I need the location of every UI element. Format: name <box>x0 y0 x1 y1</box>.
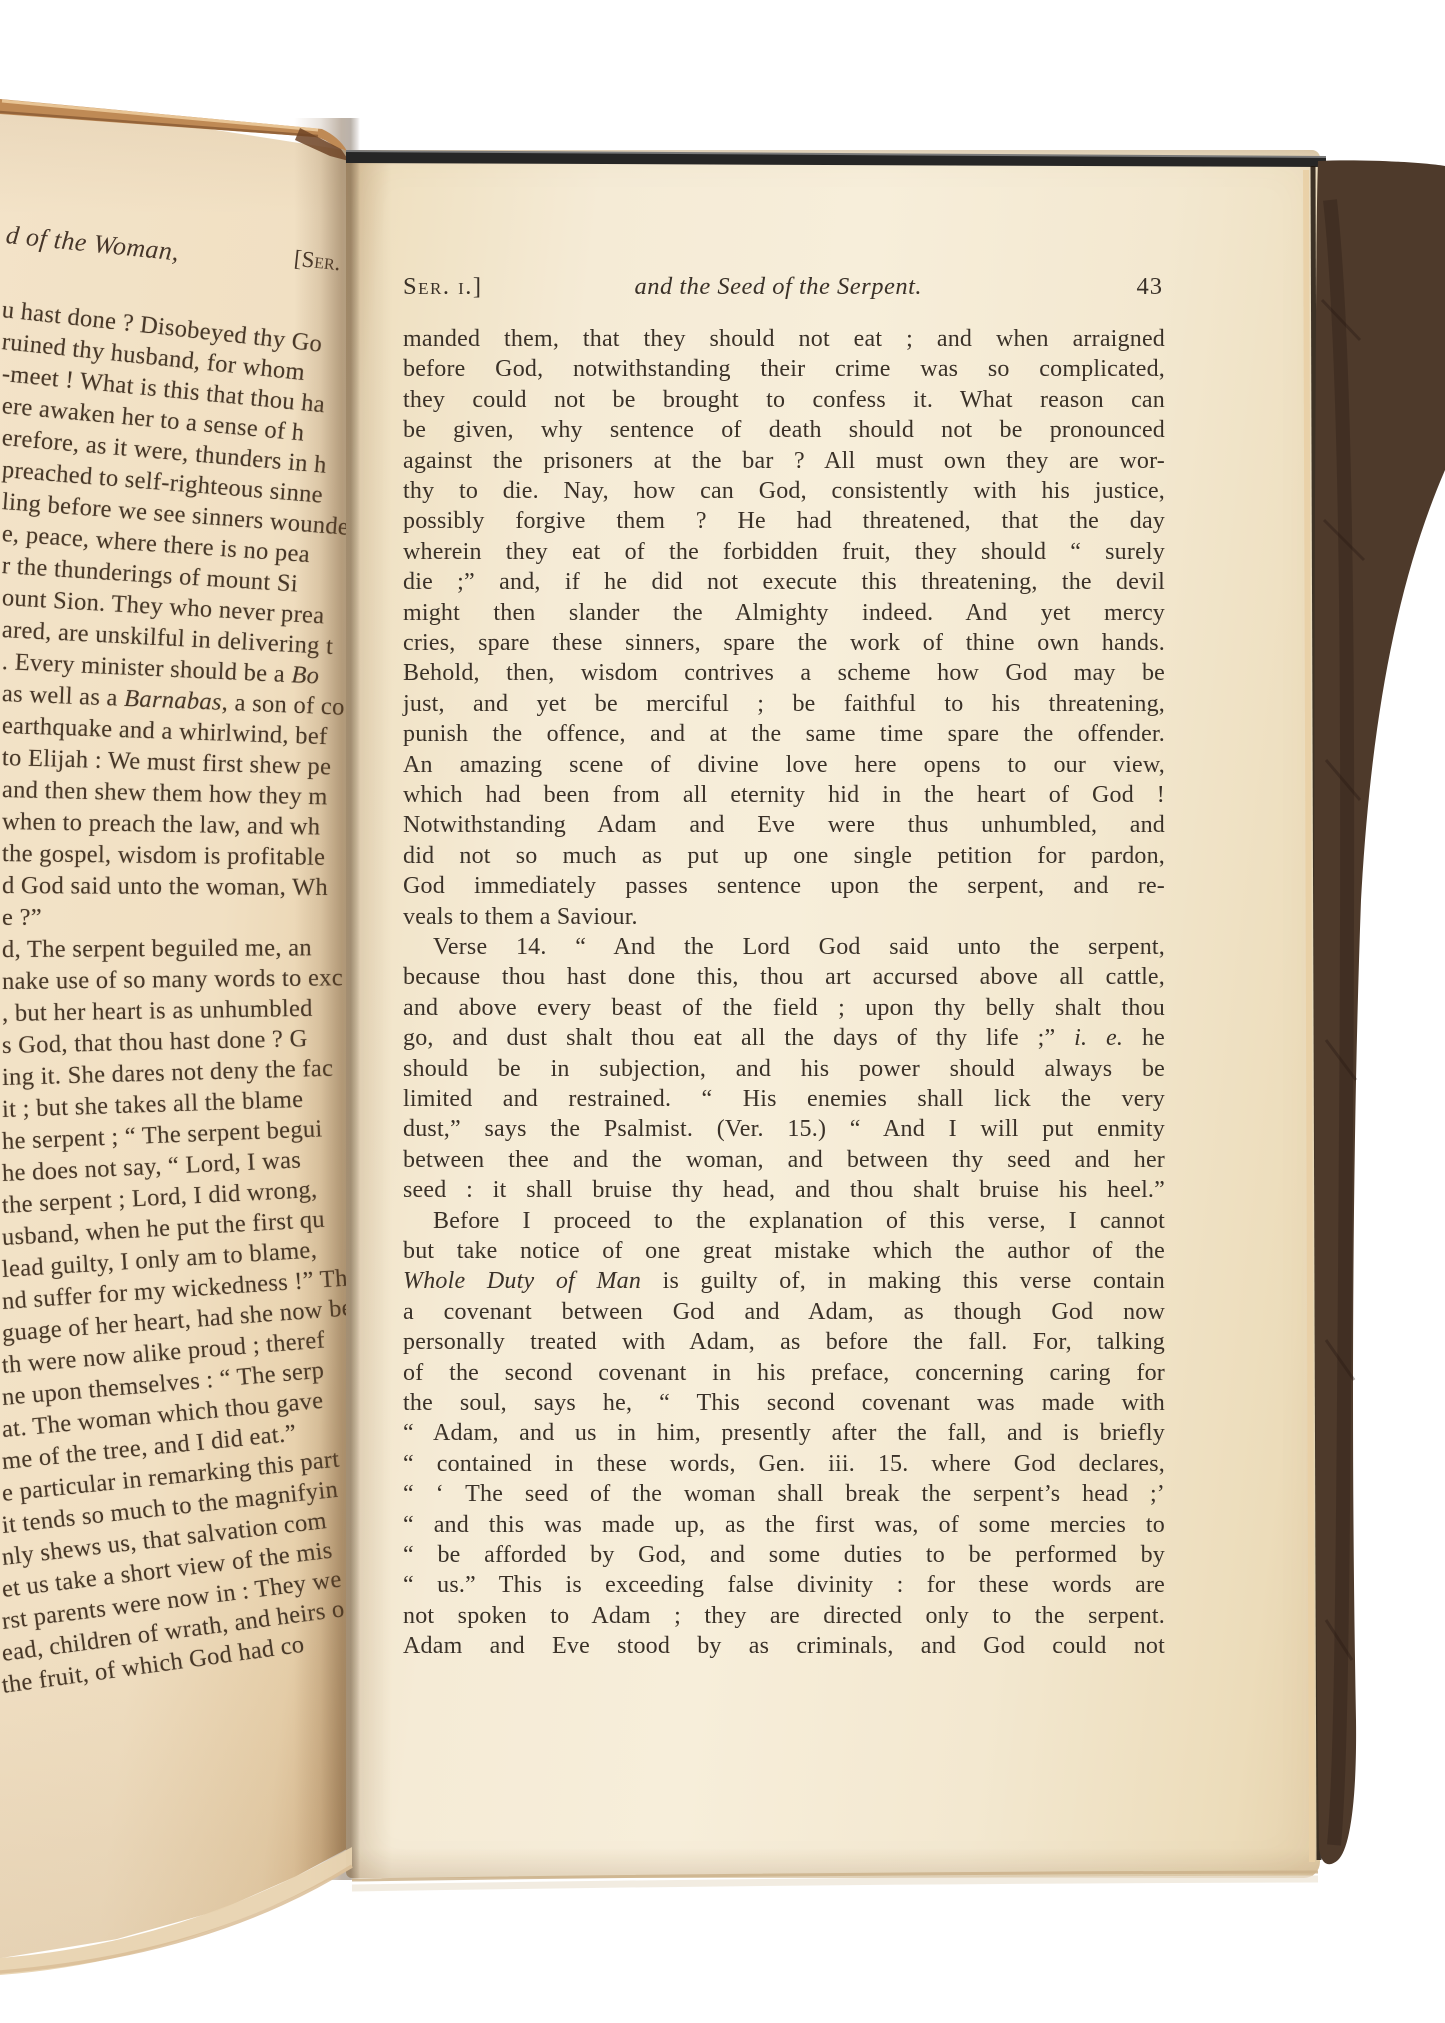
right-page-text-line: “ contained in these words, Gen. iii. 15… <box>403 1449 1165 1479</box>
right-page-text-line: “ ‘ The seed of the woman shall break th… <box>403 1479 1165 1509</box>
right-page-text-line: because thou hast done this, thou art ac… <box>403 962 1165 992</box>
right-page-text-line: be given, why sentence of death should n… <box>403 415 1165 445</box>
right-page-text-line: between thee and the woman, and between … <box>403 1145 1165 1175</box>
right-page-text-line: did not so much as put up one single pet… <box>403 841 1165 871</box>
right-page-text-line: die ;” and, if he did not execute this t… <box>403 567 1165 597</box>
right-page-text-line: “ Adam, and us in him, presently after t… <box>403 1418 1165 1448</box>
right-page-text-line: Whole Duty of Man is guilty of, in makin… <box>403 1266 1165 1296</box>
right-page-text-line: but take notice of one great mistake whi… <box>403 1236 1165 1266</box>
right-page-header: Ser. i.] and the Seed of the Serpent. 43 <box>403 273 1165 305</box>
right-page-text-line: dust,” says the Psalmist. (Ver. 15.) “ A… <box>403 1114 1165 1144</box>
right-page-text-line: thy to die. Nay, how can God, consistent… <box>403 476 1165 506</box>
right-page-text-line: of the second covenant in his preface, c… <box>403 1358 1165 1388</box>
right-page-text-line: wherein they eat of the forbidden fruit,… <box>403 537 1165 567</box>
right-page-text-line: go, and dust shalt thou eat all the days… <box>403 1023 1165 1053</box>
right-page-text-line: God immediately passes sentence upon the… <box>403 871 1165 901</box>
right-page-text-line: which had been from all eternity hid in … <box>403 780 1165 810</box>
right-page-text-line: Adam and Eve stood by as criminals, and … <box>403 1631 1165 1661</box>
right-page-text-line: punish the offence, and at the same time… <box>403 719 1165 749</box>
right-page-text-line: possibly forgive them ? He had threatene… <box>403 506 1165 536</box>
leather-cover <box>1314 160 1445 1864</box>
right-page-text-line: Behold, then, wisdom contrives a scheme … <box>403 658 1165 688</box>
right-running-head: and the Seed of the Serpent. <box>634 273 922 301</box>
left-page: d of the Woman, [Ser. u hast done ? Diso… <box>0 100 352 2000</box>
right-page-text-line: cries, spare these sinners, spare the wo… <box>403 628 1165 658</box>
right-page-text-line: personally treated with Adam, as before … <box>403 1327 1165 1357</box>
right-page-text-line: they could not be brought to confess it.… <box>403 385 1165 415</box>
left-running-head: d of the Woman, <box>4 220 180 267</box>
right-page-text-line: “ be afforded by God, and some duties to… <box>403 1540 1165 1570</box>
page-number: 43 <box>1137 273 1164 301</box>
right-page-text-line: Before I proceed to the explanation of t… <box>403 1206 1165 1236</box>
right-page-text-line: Notwithstanding Adam and Eve were thus u… <box>403 810 1165 840</box>
right-page: Ser. i.] and the Seed of the Serpent. 43… <box>346 150 1320 1878</box>
right-page-text-line: “ and this was made up, as the first was… <box>403 1510 1165 1540</box>
right-page-text-line: Verse 14. “ And the Lord God said unto t… <box>403 932 1165 962</box>
left-section-mark: [Ser. <box>293 246 342 277</box>
right-page-text-line: not spoken to Adam ; they are directed o… <box>403 1601 1165 1631</box>
right-page-text-line: before God, notwithstanding their crime … <box>403 354 1165 384</box>
right-page-text-line: and above every beast of the field ; upo… <box>403 993 1165 1023</box>
right-page-text-line: the soul, says he, “ This second covenan… <box>403 1388 1165 1418</box>
right-page-text-line: seed : it shall bruise thy head, and tho… <box>403 1175 1165 1205</box>
book-photo: { "book": { "left_page": { "running_head… <box>0 0 1445 2023</box>
right-page-text-line: should be in subjection, and his power s… <box>403 1054 1165 1084</box>
right-section-mark: Ser. i.] <box>403 273 483 301</box>
right-page-text-line: just, and yet be merciful ; be faithful … <box>403 689 1165 719</box>
right-page-text-line: “ us.” This is exceeding false divinity … <box>403 1570 1165 1600</box>
right-page-text-line: against the prisoners at the bar ? All m… <box>403 446 1165 476</box>
right-page-text-line: An amazing scene of divine love here ope… <box>403 750 1165 780</box>
right-page-text-line: manded them, that they should not eat ; … <box>403 324 1165 354</box>
right-page-text-line: a covenant between God and Adam, as thou… <box>403 1297 1165 1327</box>
right-page-text-line: veals to them a Saviour. <box>403 902 1165 932</box>
right-page-text-line: might then slander the Almighty indeed. … <box>403 598 1165 628</box>
right-page-text-line: limited and restrained. “ His enemies sh… <box>403 1084 1165 1114</box>
